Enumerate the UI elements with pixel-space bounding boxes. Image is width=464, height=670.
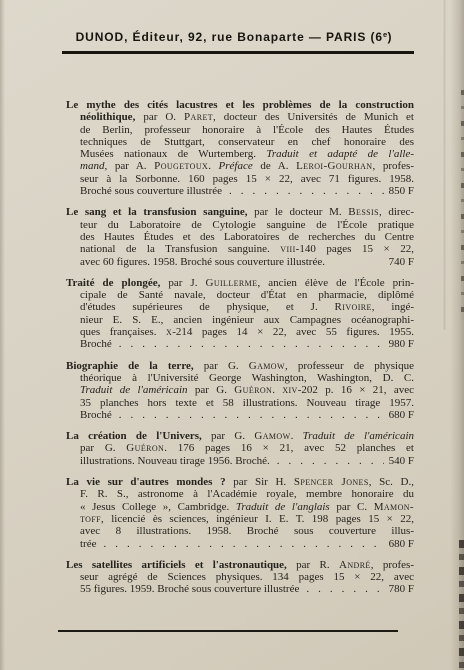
text-segment: Mamon-: [374, 501, 414, 513]
text-segment: par C.: [330, 501, 374, 513]
entry-line: néolithique, par O. Paret, docteur des U…: [66, 111, 414, 123]
text-segment: avec 8 illustrations. 1958. Broché sous …: [80, 525, 414, 537]
dot-leader: ........................................…: [96, 538, 383, 550]
price: 740 F: [387, 256, 414, 268]
text-segment: d'études supérieures de physique, et J.: [80, 301, 335, 313]
text-segment: , professeur de physique: [285, 360, 414, 372]
text-segment: Paret: [184, 111, 213, 123]
entry-line: La création de l'Univers, par G. Gamow. …: [66, 430, 414, 442]
text-segment: nieur E. S. E., ancien ingénieur aux Cam…: [80, 314, 414, 326]
book-entry: Traité de plongée, par J. Guillerme, anc…: [66, 277, 414, 351]
entry-line: trée: [80, 538, 96, 550]
text-segment: toff: [80, 513, 101, 525]
text-segment: 55 figures. 1959. Broché sous couverture…: [80, 583, 299, 595]
entry-line: des Hautes Études et des Laboratoires de…: [66, 231, 414, 243]
entry-line: d'études supérieures de physique, et J. …: [66, 301, 414, 313]
price: 780 F: [387, 583, 414, 595]
text-segment: par O.: [135, 111, 184, 123]
entry-line: mand, par A. Pougetoux. Préface de A. Le…: [66, 160, 414, 172]
text-segment: par le docteur M.: [248, 206, 349, 218]
book-entry: La vie sur d'autres mondes ? par Sir H. …: [66, 476, 414, 550]
publisher-header: DUNOD, Éditeur, 92, rue Bonaparte — PARI…: [52, 30, 416, 44]
text-segment: Traduit et adapté de l'alle-: [266, 148, 414, 160]
text-segment: , profes-: [372, 160, 414, 172]
text-segment: -202 p. 16 × 21, avec: [298, 384, 414, 396]
entry-line: La vie sur d'autres mondes ? par Sir H. …: [66, 476, 414, 488]
entry-line: 55 figures. 1959. Broché sous couverture…: [80, 583, 299, 595]
text-segment: par Sir H.: [226, 476, 294, 488]
text-segment: Le mythe des cités lacustres et les prob…: [66, 99, 414, 111]
entry-line: Broché: [80, 409, 112, 421]
entry-line: F. R. S., astronome à l'Académie royale,…: [66, 488, 414, 500]
dot-leader: ........................................…: [112, 338, 384, 350]
entry-line: cipale de Santé navale, docteur d'État e…: [66, 289, 414, 301]
text-segment: de Berlin, professeur honoraire à l'Écol…: [80, 124, 414, 136]
book-entry: Les satellites artificiels et l'astronau…: [66, 559, 414, 596]
text-segment: , par A.: [104, 160, 154, 172]
entry-line: « Jesus College », Cambridge. Traduit de…: [66, 501, 414, 513]
text-segment: par G.: [80, 442, 126, 454]
text-segment: , docteur des Universités de Munich et: [213, 111, 414, 123]
text-segment: Spencer Jones: [294, 476, 369, 488]
text-segment: Traduit de l'américain: [80, 384, 188, 396]
text-segment: Pougetoux: [154, 160, 208, 172]
entry-line: Broché sous couverture illustrée: [80, 185, 222, 197]
book-list: Le mythe des cités lacustres et les prob…: [66, 99, 414, 605]
entry-line: nieur E. S. E., ancien ingénieur aux Cam…: [66, 314, 414, 326]
text-segment: Broché: [80, 338, 112, 350]
text-segment: techniques de Stuttgart, conservateur en…: [80, 136, 414, 148]
header-rule: [62, 51, 414, 54]
publisher-header-close: ): [388, 30, 393, 44]
text-segment: Guéron: [234, 384, 272, 396]
text-segment: Guillerme: [205, 277, 257, 289]
entry-price-line: Broché..................................…: [66, 409, 414, 421]
dot-leader: ........................................…: [222, 185, 384, 197]
book-entry: La création de l'Univers, par G. Gamow. …: [66, 430, 414, 467]
text-segment: , Sc. D.,: [369, 476, 414, 488]
text-segment: ques françaises.: [80, 326, 166, 338]
text-segment: Traduit de l'anglais: [236, 501, 330, 513]
entry-price-line: Broché sous couverture illustrée........…: [66, 185, 414, 197]
entry-line: Traduit de l'américain par G. Guéron. xi…: [66, 384, 414, 396]
text-segment: par G.: [202, 430, 255, 442]
text-segment: xiv: [282, 384, 297, 396]
price: 680 F: [387, 538, 414, 550]
text-segment: par J.: [160, 277, 205, 289]
book-entry: Le sang et la transfusion sanguine, par …: [66, 206, 414, 267]
dot-leader: ........................................…: [112, 409, 384, 421]
entry-price-line: 55 figures. 1959. Broché sous couverture…: [66, 583, 414, 595]
text-segment: .: [291, 430, 303, 442]
text-segment: avec 60 figures. 1958. Broché sous couve…: [80, 256, 325, 268]
text-segment: Musées nationaux de Wurtemberg.: [80, 148, 266, 160]
entry-line: teur du Laboratoire de Cytologie sanguin…: [66, 219, 414, 231]
entry-price-line: avec 60 figures. 1958. Broché sous couve…: [66, 256, 414, 268]
text-segment: Les satellites artificiels et l'astronau…: [66, 559, 287, 571]
text-segment: André: [339, 559, 371, 571]
book-entry: Biographie de la terre, par G. Gamow, pr…: [66, 360, 414, 421]
price: 540 F: [387, 455, 414, 467]
text-segment: illustrations. Nouveau tirage 1956. Broc…: [80, 455, 270, 467]
text-segment: Traduit de l'américain: [303, 430, 414, 442]
text-segment: Bessis: [348, 206, 379, 218]
entry-line: seur agrégé de Sciences physiques. 134 p…: [66, 571, 414, 583]
text-segment: , profes-: [371, 559, 414, 571]
price: 980 F: [387, 338, 414, 350]
text-segment: néolithique,: [80, 111, 135, 123]
entry-line: Le sang et la transfusion sanguine, par …: [66, 206, 414, 218]
entry-price-line: illustrations. Nouveau tirage 1956. Broc…: [66, 455, 414, 467]
text-segment: .: [208, 160, 218, 172]
price: 850 F: [387, 185, 414, 197]
page-crease: [443, 0, 446, 330]
entry-line: théorique à l'Université George Washingt…: [66, 372, 414, 384]
text-segment: par R.: [287, 559, 339, 571]
text-segment: trée: [80, 538, 96, 550]
bottom-rule: [58, 630, 398, 632]
text-segment: théorique à l'Université George Washingt…: [80, 372, 414, 384]
text-segment: -140 pages 15 × 22,: [296, 243, 414, 255]
entry-line: Biographie de la terre, par G. Gamow, pr…: [66, 360, 414, 372]
catalog-page: DUNOD, Éditeur, 92, rue Bonaparte — PARI…: [0, 0, 464, 670]
text-segment: Broché sous couverture illustrée: [80, 185, 222, 197]
entry-line: Broché: [80, 338, 112, 350]
entry-line: techniques de Stuttgart, conservateur en…: [66, 136, 414, 148]
text-segment: , direc-: [379, 206, 414, 218]
text-segment: 35 planches hors texte et 58 illustratio…: [80, 397, 414, 409]
page-left-edge-shade: [0, 0, 5, 670]
text-segment: cipale de Santé navale, docteur d'État e…: [80, 289, 414, 301]
entry-line: Le mythe des cités lacustres et les prob…: [66, 99, 414, 111]
text-segment: Guéron: [126, 442, 164, 454]
text-segment: des Hautes Études et des Laboratoires de…: [80, 231, 414, 243]
entry-line: toff, licencié ès sciences, ingénieur I.…: [66, 513, 414, 525]
dot-leader: ........................................…: [299, 583, 383, 595]
entry-line: avec 8 illustrations. 1958. Broché sous …: [66, 525, 414, 537]
text-segment: Traité de plongée,: [66, 277, 160, 289]
text-segment: national de la Transfusion sanguine.: [80, 243, 280, 255]
text-segment: seur à la Sorbonne. 160 pages 15 × 22, a…: [80, 173, 414, 185]
text-segment: .: [272, 384, 282, 396]
dot-leader: ........................................…: [270, 455, 384, 467]
text-segment: Biographie de la terre,: [66, 360, 194, 372]
text-segment: La vie sur d'autres mondes ?: [66, 476, 226, 488]
entry-line: ques françaises. x-214 pages 14 × 22, av…: [66, 326, 414, 338]
entry-line: Traité de plongée, par J. Guillerme, anc…: [66, 277, 414, 289]
text-segment: Le sang et la transfusion sanguine,: [66, 206, 248, 218]
entry-price-line: Broché..................................…: [66, 338, 414, 350]
text-segment: Broché: [80, 409, 112, 421]
entry-price-line: trée....................................…: [66, 538, 414, 550]
text-segment: mand: [80, 160, 104, 172]
text-segment: Leroi-Gourhan: [296, 160, 372, 172]
book-entry: Le mythe des cités lacustres et les prob…: [66, 99, 414, 197]
text-segment: Rivoire: [335, 301, 372, 313]
entry-line: par G. Guéron. 176 pages 16 × 21, avec 5…: [66, 442, 414, 454]
text-segment: , ingé-: [372, 301, 414, 313]
entry-line: 35 planches hors texte et 58 illustratio…: [66, 397, 414, 409]
text-segment: viii: [280, 243, 295, 255]
entry-line: Les satellites artificiels et l'astronau…: [66, 559, 414, 571]
text-segment: Préface: [219, 160, 253, 172]
text-segment: « Jesus College », Cambridge.: [80, 501, 236, 513]
text-segment: Gamow: [249, 360, 285, 372]
text-segment: par G.: [194, 360, 249, 372]
text-segment: -214 pages 14 × 22, avec 55 figures. 195…: [172, 326, 414, 338]
text-segment: , ancien élève de l'École prin-: [257, 277, 414, 289]
text-segment: La création de l'Univers,: [66, 430, 202, 442]
entry-line: illustrations. Nouveau tirage 1956. Broc…: [80, 455, 270, 467]
text-segment: , licencié ès sciences, ingénieur I. E. …: [101, 513, 414, 525]
entry-line: Musées nationaux de Wurtemberg. Traduit …: [66, 148, 414, 160]
text-segment: par G.: [188, 384, 235, 396]
price: 680 F: [387, 409, 414, 421]
text-segment: . 176 pages 16 × 21, avec 52 planches et: [164, 442, 414, 454]
text-segment: teur du Laboratoire de Cytologie sanguin…: [80, 219, 414, 231]
entry-line: de Berlin, professeur honoraire à l'Écol…: [66, 124, 414, 136]
text-segment: de A.: [253, 160, 296, 172]
entry-line: seur à la Sorbonne. 160 pages 15 × 22, a…: [66, 173, 414, 185]
text-segment: seur agrégé de Sciences physiques. 134 p…: [80, 571, 414, 583]
text-segment: Gamow: [254, 430, 290, 442]
entry-line: avec 60 figures. 1958. Broché sous couve…: [80, 256, 325, 268]
publisher-header-text: DUNOD, Éditeur, 92, rue Bonaparte — PARI…: [76, 30, 383, 44]
scan-edge-specks-bottom: [459, 540, 464, 670]
entry-line: national de la Transfusion sanguine. vii…: [66, 243, 414, 255]
text-segment: F. R. S., astronome à l'Académie royale,…: [80, 488, 414, 500]
